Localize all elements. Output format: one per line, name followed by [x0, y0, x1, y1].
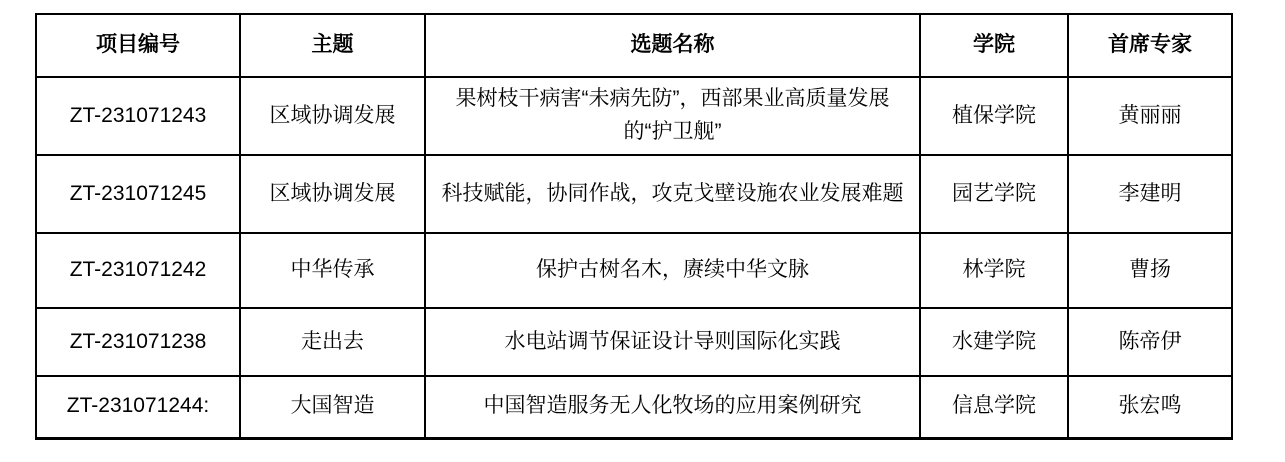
topic-name-cell: 中国智造服务无人化牧场的应用案例研究	[425, 376, 920, 438]
project-id-cell: ZT-231071243	[36, 77, 240, 155]
theme-cell: 区域协调发展	[240, 155, 425, 233]
column-header-topic-name: 选题名称	[425, 14, 920, 77]
column-header-theme: 主题	[240, 14, 425, 77]
table-header-row: 项目编号 主题 选题名称 学院 首席专家	[36, 14, 1232, 77]
project-id-cell: ZT-231071238	[36, 308, 240, 376]
theme-cell: 中华传承	[240, 233, 425, 308]
column-header-chief-expert: 首席专家	[1068, 14, 1232, 77]
project-id-cell: ZT-231071244:	[36, 376, 240, 438]
table-row: ZT-231071238 走出去 水电站调节保证设计导则国际化实践 水建学院 陈…	[36, 308, 1232, 376]
chief-expert-cell: 李建明	[1068, 155, 1232, 233]
chief-expert-cell: 黄丽丽	[1068, 77, 1232, 155]
college-cell: 植保学院	[920, 77, 1068, 155]
college-cell: 信息学院	[920, 376, 1068, 438]
topic-name-cell: 科技赋能，协同作战，攻克戈壁设施农业发展难题	[425, 155, 920, 233]
chief-expert-cell: 曹扬	[1068, 233, 1232, 308]
topic-name-cell: 水电站调节保证设计导则国际化实践	[425, 308, 920, 376]
topic-name-cell: 保护古树名木，赓续中华文脉	[425, 233, 920, 308]
college-cell: 水建学院	[920, 308, 1068, 376]
table-row: ZT-231071244: 大国智造 中国智造服务无人化牧场的应用案例研究 信息…	[36, 376, 1232, 438]
chief-expert-cell: 张宏鸣	[1068, 376, 1232, 438]
theme-cell: 大国智造	[240, 376, 425, 438]
topic-name-cell: 果树枝干病害“未病先防”，西部果业高质量发展的“护卫舰”	[425, 77, 920, 155]
theme-cell: 走出去	[240, 308, 425, 376]
table-row: ZT-231071245 区域协调发展 科技赋能，协同作战，攻克戈壁设施农业发展…	[36, 155, 1232, 233]
project-id-cell: ZT-231071245	[36, 155, 240, 233]
college-cell: 园艺学院	[920, 155, 1068, 233]
project-id-cell: ZT-231071242	[36, 233, 240, 308]
table-row: ZT-231071242 中华传承 保护古树名木，赓续中华文脉 林学院 曹扬	[36, 233, 1232, 308]
page: 项目编号 主题 选题名称 学院 首席专家 ZT-231071243 区域协调发展…	[0, 0, 1285, 462]
college-cell: 林学院	[920, 233, 1068, 308]
chief-expert-cell: 陈帝伊	[1068, 308, 1232, 376]
column-header-project-id: 项目编号	[36, 14, 240, 77]
projects-table: 项目编号 主题 选题名称 学院 首席专家 ZT-231071243 区域协调发展…	[35, 13, 1233, 440]
theme-cell: 区域协调发展	[240, 77, 425, 155]
table-row: ZT-231071243 区域协调发展 果树枝干病害“未病先防”，西部果业高质量…	[36, 77, 1232, 155]
column-header-college: 学院	[920, 14, 1068, 77]
